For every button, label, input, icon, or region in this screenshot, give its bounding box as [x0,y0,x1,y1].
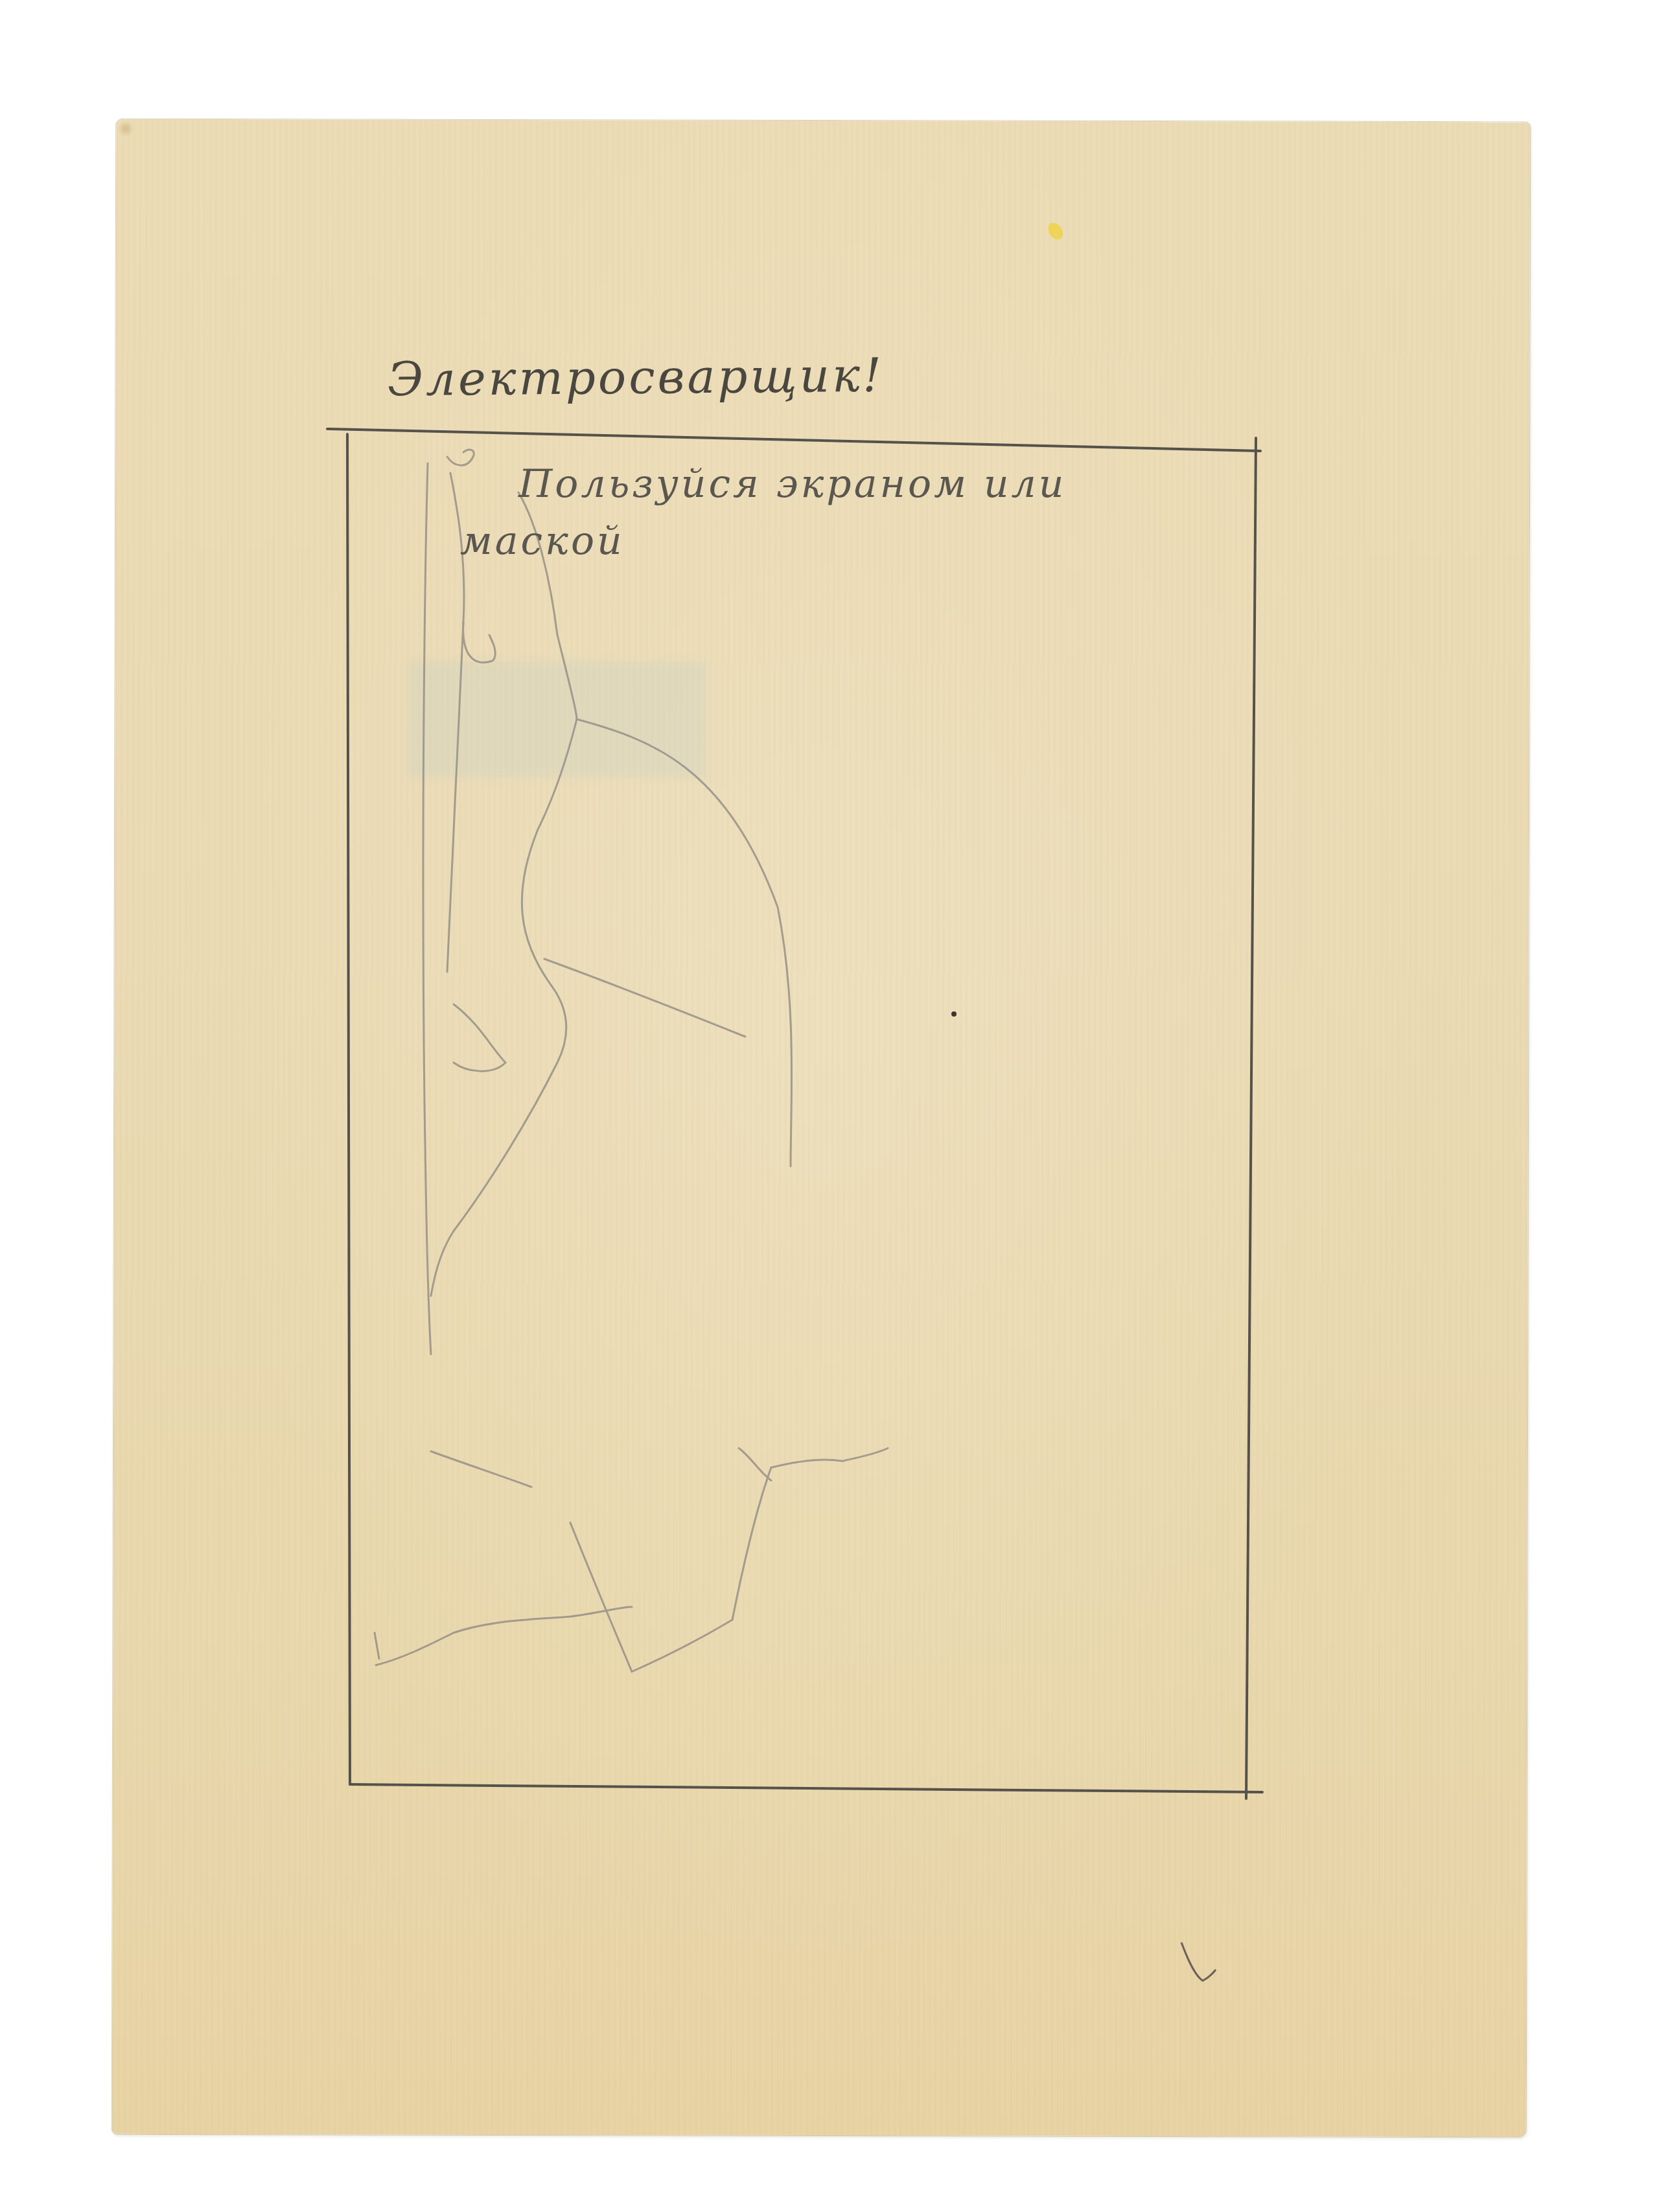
paper-sheet [112,119,1531,2137]
caption-line-2: маской [460,518,625,564]
faint-bluish-offset-band [408,661,706,778]
heading-handwriting: Электросварщик! [388,348,885,407]
corner-stain [117,121,134,137]
caption-line-1: Пользуйся экраном или [518,461,1066,507]
yellow-paint-spot [1045,220,1066,242]
